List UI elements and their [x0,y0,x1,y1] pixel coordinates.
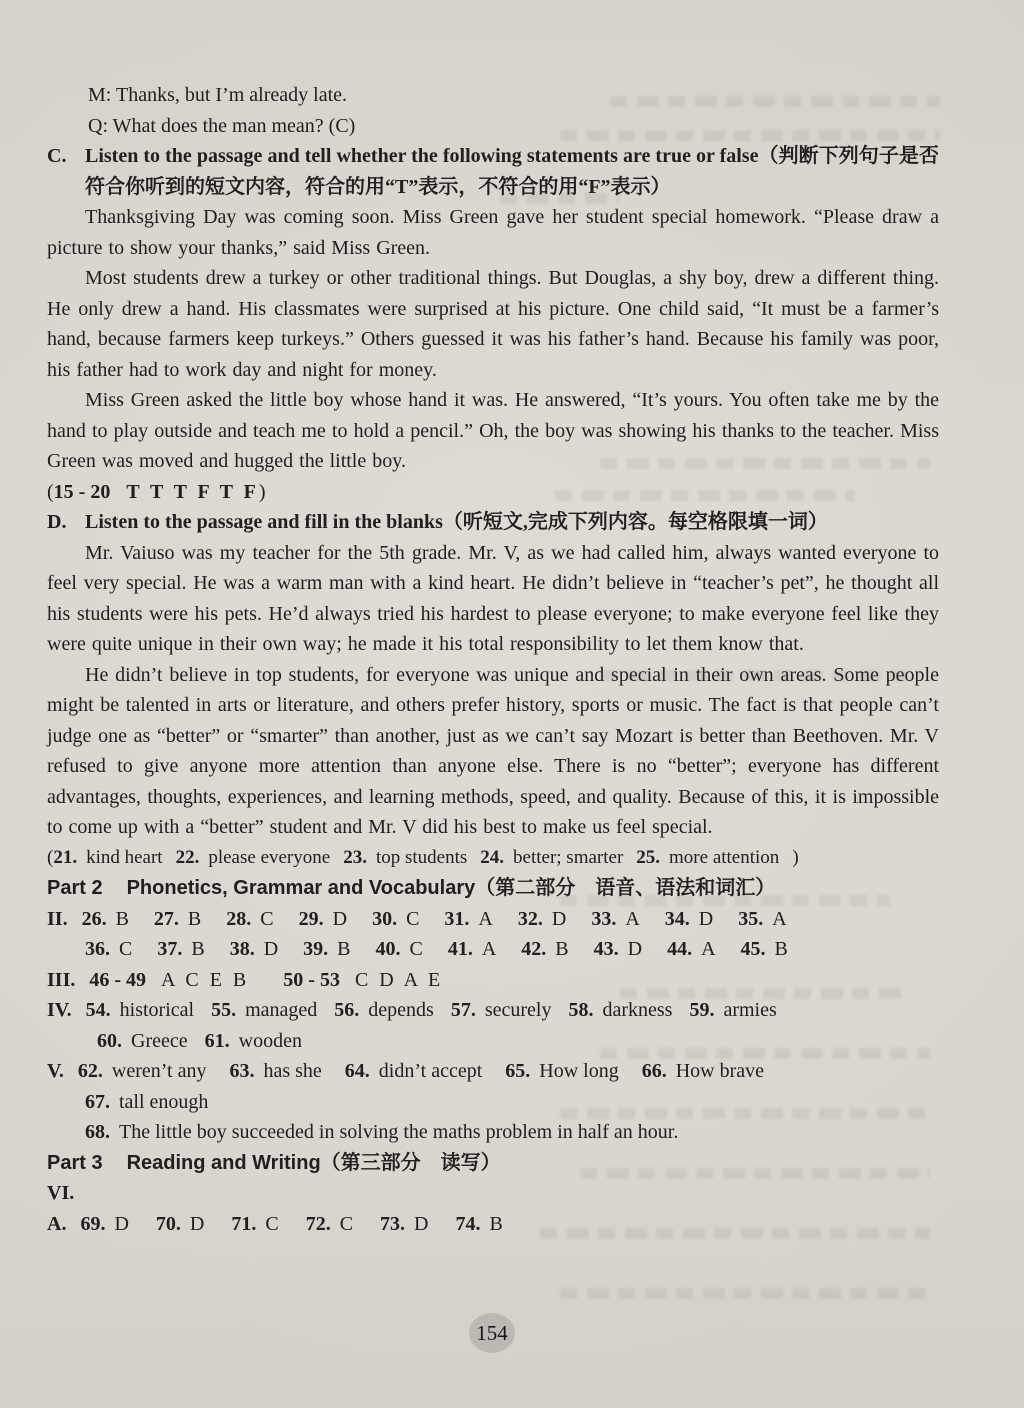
paren-close: ) [792,847,798,868]
paren-open: ( [47,481,54,503]
answer-item: 64.didn’t accept [345,1056,482,1087]
answer-item: 23.top students [343,843,467,874]
answer-item: 71.C [231,1209,278,1240]
section-v-label: V. [47,1060,64,1082]
section-iv-answers-2: 60.Greece61.wooden [97,1030,319,1052]
answer-item: 25.more attention [636,843,779,874]
answer-item: 21.kind heart [53,843,162,874]
answer-item: 39.B [303,934,350,965]
section-iii-row: III.46 - 49A C E B50 - 53C D A E [47,965,939,996]
section-iii-answers: 46 - 49A C E B50 - 53C D A E [89,969,477,991]
answer-item: 34.D [665,904,713,935]
section-d-heading: D. Listen to the passage and fill in the… [47,507,939,538]
answer-item: 74.B [456,1209,503,1240]
section-v-answers-2: 67.tall enough [85,1091,231,1113]
true-false-answers: T T T F T F [126,481,259,503]
answer-item: 59.armies [689,995,776,1026]
page-content: M: Thanks, but I’m already late. Q: What… [47,80,939,1239]
answer-sentence: The little boy succeeded in solving the … [119,1121,678,1143]
section-d-answers: 21.kind heart22.please everyone23.top st… [53,847,792,868]
section-c-paragraph-1: Thanksgiving Day was coming soon. Miss G… [47,202,939,263]
section-iv-answers-1: 54.historical55.managed56.depends57.secu… [86,999,794,1021]
answer-item: 35.A [738,904,786,935]
section-v-answers-1: 62.weren’t any63.has she64.didn’t accept… [78,1060,787,1082]
answer-item: 41.A [448,934,496,965]
answer-item: 58.darkness [568,995,672,1026]
answer-item: 70.D [156,1209,204,1240]
answer-item: 69.D [80,1209,128,1240]
answer-item: 55.managed [211,995,317,1026]
dialogue-line-m: M: Thanks, but I’m already late. [47,80,939,111]
answer-item: 73.D [380,1209,428,1240]
dialogue-line-q: Q: What does the man mean? (C) [47,111,939,142]
answer-item: 31.A [444,904,492,935]
part3-title: Reading and Writing（第三部分 读写） [127,1152,501,1174]
answer-item: 40.C [375,934,422,965]
answer-item: 54.historical [86,995,194,1026]
section-v-row-2: 67.tall enough [47,1087,939,1118]
answer-item: 66.How brave [642,1056,764,1087]
answer-item: 60.Greece [97,1026,188,1057]
section-ii-label: II. [47,908,68,930]
answer-item: 27.B [154,904,201,935]
page-number: 154 [476,1321,508,1346]
section-ii-row-1: II.26.B27.B28.C29.D30.C31.A32.D33.A34.D3… [47,904,939,935]
section-c-heading: C. Listen to the passage and tell whethe… [47,141,939,202]
section-ii-answers-1: 26.B27.B28.C29.D30.C31.A32.D33.A34.D35.A [82,908,812,930]
answer-item: 63.has she [229,1056,321,1087]
part2-heading: Part 2Phonetics, Grammar and Vocabulary（… [47,873,939,904]
part3-heading: Part 3Reading and Writing（第三部分 读写） [47,1148,939,1179]
scanned-answer-key-page: M: Thanks, but I’m already late. Q: What… [0,0,1024,1408]
answer-item: 22.please everyone [176,843,331,874]
section-d-paragraph-2: He didn’t believe in top students, for e… [47,660,939,843]
answer-group: 50 - 53C D A E [283,965,443,996]
bleed-through-smudge [560,1288,930,1299]
answer-item: 29.D [299,904,347,935]
answer-item: 24.better; smarter [480,843,623,874]
section-iii-label: III. [47,969,75,991]
section-d-answers-row: (21.kind heart22.please everyone23.top s… [47,843,939,874]
section-c-paragraph-3: Miss Green asked the little boy whose ha… [47,385,939,477]
answer-item: 56.depends [334,995,434,1026]
answer-item: 42.B [521,934,568,965]
answer-item: 45.B [741,934,788,965]
answer-item: 28.C [226,904,273,935]
section-a-label: A. [47,1213,66,1235]
answer-item: 72.C [306,1209,353,1240]
answer-item: 44.A [667,934,715,965]
answer-item: 37.B [157,934,204,965]
section-d-paragraph-1: Mr. Vaiuso was my teacher for the 5th gr… [47,538,939,660]
section-c-answers-row: (15 - 20T T T F T F) [47,477,939,508]
section-c-paragraph-2: Most students drew a turkey or other tra… [47,263,939,385]
answer-item: 26.B [82,904,129,935]
answer-item: 32.D [518,904,566,935]
section-c-label: C. [47,141,66,172]
section-vi-a-row: A.69.D70.D71.C72.C73.D74.B [47,1209,939,1240]
section-iv-label: IV. [47,999,72,1021]
section-ii-row-2: 36.C37.B38.D39.B40.C41.A42.B43.D44.A45.B [47,934,939,965]
section-ii-answers-2: 36.C37.B38.D39.B40.C41.A42.B43.D44.A45.B [85,938,813,960]
answer-item: 43.D [594,934,642,965]
section-v-answer-68: 68.The little boy succeeded in solving t… [47,1117,939,1148]
part2-title: Phonetics, Grammar and Vocabulary（第二部分 语… [127,877,776,899]
answer-item: 62.weren’t any [78,1056,207,1087]
answer-item: 33.A [591,904,639,935]
answer-group: 46 - 49A C E B [89,965,249,996]
section-vi-label: VI. [47,1178,939,1209]
section-iv-row-1: IV.54.historical55.managed56.depends57.s… [47,995,939,1026]
answer-item: 65.How long [505,1056,618,1087]
answer-item: 36.C [85,934,132,965]
answer-number: 68. [85,1121,110,1143]
section-a-answers: 69.D70.D71.C72.C73.D74.B [80,1213,529,1235]
part2-label: Part 2 [47,877,103,899]
section-v-row-1: V.62.weren’t any63.has she64.didn’t acce… [47,1056,939,1087]
part3-label: Part 3 [47,1152,103,1174]
page-number-badge: 154 [469,1313,515,1353]
section-d-title: Listen to the passage and fill in the bl… [85,511,828,533]
section-d-label: D. [47,507,66,538]
answer-item: 67.tall enough [85,1087,208,1118]
answer-range: 15 - 20 [54,481,111,503]
paren-close: ) [259,481,266,503]
answer-item: 61.wooden [205,1026,302,1057]
answer-item: 38.D [230,934,278,965]
answer-item: 30.C [372,904,419,935]
answer-item: 57.securely [451,995,552,1026]
section-iv-row-2: 60.Greece61.wooden [47,1026,939,1057]
section-c-title: Listen to the passage and tell whether t… [85,145,939,198]
